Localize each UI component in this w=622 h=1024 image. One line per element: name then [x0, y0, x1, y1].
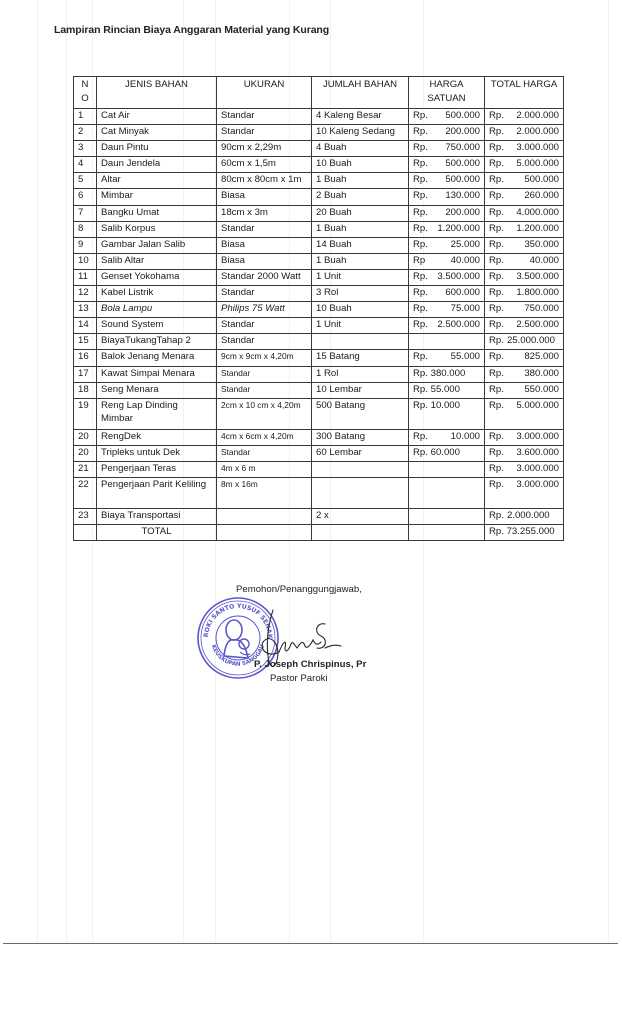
currency-label: Rp. [489, 125, 504, 139]
cell-jumlah-bahan: 4 Buah [312, 141, 409, 157]
cell-jumlah-bahan: 10 Lembar [312, 382, 409, 398]
cell-jumlah-bahan: 500 Batang [312, 398, 409, 429]
cell-no: 21 [74, 461, 97, 477]
cell-total-harga: Rp.40.000 [485, 253, 564, 269]
currency-label: Rp. [489, 509, 504, 523]
document-title: Lampiran Rincian Biaya Anggaran Material… [54, 24, 329, 36]
cell-harga-satuan: Rp40.000 [409, 253, 485, 269]
header-harga-satuan: HARGASATUAN [409, 77, 485, 109]
cell-jumlah-bahan: 1 Buah [312, 253, 409, 269]
cell-ukuran: Standar [217, 109, 312, 125]
cell-jenis-bahan: Tripleks untuk Dek [97, 445, 217, 461]
amount-value: 550.000 [504, 383, 559, 397]
cell-ukuran: 18cm x 3m [217, 205, 312, 221]
cell-total-harga: Rp.4.000.000 [485, 205, 564, 221]
grand-total: Rp. 73.255.000 [485, 525, 564, 541]
currency-label: Rp. [413, 286, 428, 300]
currency-label: Rp. [413, 302, 428, 316]
table-row: 15BiayaTukangTahap 2StandarRp.25.000.000 [74, 334, 564, 350]
header-no: NO [74, 77, 97, 109]
currency-label: Rp. [489, 367, 504, 381]
currency-label: Rp. [413, 125, 428, 139]
amount-value: 2.000.000 [504, 109, 559, 123]
currency-label: Rp. [413, 157, 428, 171]
amount-value: 55.000 [431, 384, 460, 395]
table-row: 12Kabel ListrikStandar3 RolRp.600.000Rp.… [74, 286, 564, 302]
amount-value: 750.000 [504, 302, 559, 316]
amount-value: 3.000.000 [504, 462, 559, 476]
currency-label: Rp. [413, 222, 428, 236]
cell-jenis-bahan: RengDek [97, 429, 217, 445]
cell-harga-satuan: Rp.3.500.000 [409, 269, 485, 285]
table-row: 13Bola LampuPhilips 75 Watt10 BuahRp.75.… [74, 302, 564, 318]
amount-value: 10.000 [431, 400, 460, 411]
amount-value: 1.200.000 [428, 222, 480, 236]
cell-no: 3 [74, 141, 97, 157]
cell-harga-satuan: Rp.10.000 [409, 429, 485, 445]
cell-harga-satuan [409, 477, 485, 508]
cell-no: 5 [74, 173, 97, 189]
cell-no: 2 [74, 125, 97, 141]
cell-jumlah-bahan: 10 Buah [312, 157, 409, 173]
cell-no: 7 [74, 205, 97, 221]
currency-label: Rp. [489, 270, 504, 284]
cell-total-harga: Rp.550.000 [485, 382, 564, 398]
amount-value: 2.500.000 [504, 318, 559, 332]
amount-value: 40.000 [504, 254, 559, 268]
cell-total-harga: Rp.1.200.000 [485, 221, 564, 237]
cell-no: 14 [74, 318, 97, 334]
page-bottom-edge [3, 943, 618, 944]
table-row: 9Gambar Jalan SalibBiasa14 BuahRp.25.000… [74, 237, 564, 253]
amount-value: 3.500.000 [504, 270, 559, 284]
amount-value: 4.000.000 [504, 206, 559, 220]
signer-name: P. Joseph Chrispinus, Pr [254, 659, 366, 670]
table-row: 6MimbarBiasa2 BuahRp.130.000Rp.260.000 [74, 189, 564, 205]
amount-value: 600.000 [428, 286, 480, 300]
total-row: TOTAL Rp. 73.255.000 [74, 525, 564, 541]
cell-jenis-bahan: Genset Yokohama [97, 269, 217, 285]
table-row: 14Sound SystemStandar1 UnitRp.2.500.000R… [74, 318, 564, 334]
table-row: 20RengDek4cm x 6cm x 4,20m300 BatangRp.1… [74, 429, 564, 445]
cell-ukuran: Standar [217, 286, 312, 302]
cell-ukuran: 80cm x 80cm x 1m [217, 173, 312, 189]
cell-harga-satuan: Rp.500.000 [409, 157, 485, 173]
table-row: 17Kawat Simpai MenaraStandar1 RolRp. 380… [74, 366, 564, 382]
amount-value: 380.000 [431, 368, 466, 379]
cell-total-harga: Rp.2.000.000 [485, 508, 564, 524]
currency-label: Rp. [413, 270, 428, 284]
budget-table: NO JENIS BAHAN UKURAN JUMLAH BAHAN HARGA… [73, 76, 564, 541]
currency-label: Rp. [489, 206, 504, 220]
cell-jumlah-bahan: 300 Batang [312, 429, 409, 445]
cell-jumlah-bahan: 2 x [312, 508, 409, 524]
currency-label: Rp. [489, 462, 504, 476]
amount-value: 3.600.000 [504, 446, 559, 460]
amount-value: 3.000.000 [504, 141, 559, 155]
table-row: 23Biaya Transportasi2 xRp.2.000.000 [74, 508, 564, 524]
cell-jenis-bahan: Salib Korpus [97, 221, 217, 237]
amount-value: 5.000.000 [504, 399, 559, 413]
currency-label: Rp. [413, 189, 428, 203]
amount-value: 3.000.000 [504, 478, 559, 492]
cell-total-harga: Rp.3.500.000 [485, 269, 564, 285]
table-row: 22Pengerjaan Parit Keliling8m x 16mRp.3.… [74, 477, 564, 508]
currency-label: Rp. [489, 222, 504, 236]
amount-value: 825.000 [504, 350, 559, 364]
cell-harga-satuan: Rp.1.200.000 [409, 221, 485, 237]
table-row: 19Reng Lap Dinding Mimbar2cm x 10 cm x 4… [74, 398, 564, 429]
cell-harga-satuan: Rp.500.000 [409, 109, 485, 125]
cell-jenis-bahan: Pengerjaan Parit Keliling [97, 477, 217, 508]
cell-total-harga: Rp.3.000.000 [485, 429, 564, 445]
table-row: 5Altar80cm x 80cm x 1m1 BuahRp.500.000Rp… [74, 173, 564, 189]
cell-total-harga: Rp.5.000.000 [485, 157, 564, 173]
table-row: 11Genset YokohamaStandar 2000 Watt1 Unit… [74, 269, 564, 285]
amount-value: 1.200.000 [504, 222, 559, 236]
currency-label: Rp. [489, 383, 504, 397]
amount-value: 1.800.000 [504, 286, 559, 300]
cell-jenis-bahan: Daun Pintu [97, 141, 217, 157]
amount-value: 5.000.000 [504, 157, 559, 171]
cell-jumlah-bahan: 1 Rol [312, 366, 409, 382]
cell-no: 18 [74, 382, 97, 398]
cell-jumlah-bahan [312, 334, 409, 350]
currency-label: Rp. [413, 384, 428, 395]
cell-jumlah-bahan: 3 Rol [312, 286, 409, 302]
amount-value: 350.000 [504, 238, 559, 252]
cell-harga-satuan [409, 334, 485, 350]
cell-jumlah-bahan: 60 Lembar [312, 445, 409, 461]
table-row: 2Cat MinyakStandar10 Kaleng SedangRp.200… [74, 125, 564, 141]
amount-value: 750.000 [428, 141, 480, 155]
currency-label: Rp. [489, 286, 504, 300]
amount-value: 380.000 [504, 367, 559, 381]
cell-no: 20 [74, 429, 97, 445]
cell-ukuran: 90cm x 2,29m [217, 141, 312, 157]
cell-no: 13 [74, 302, 97, 318]
cell-ukuran: 4m x 6 m [217, 461, 312, 477]
cell-ukuran: Biasa [217, 189, 312, 205]
cell-ukuran: Standar [217, 334, 312, 350]
cell-jenis-bahan: Kabel Listrik [97, 286, 217, 302]
currency-label: Rp. [413, 173, 428, 187]
cell-jumlah-bahan: 2 Buah [312, 189, 409, 205]
cell-no: 10 [74, 253, 97, 269]
cell-jenis-bahan: BiayaTukangTahap 2 [97, 334, 217, 350]
cell-no: 8 [74, 221, 97, 237]
amount-value: 200.000 [428, 206, 480, 220]
table-row: 16Balok Jenang Menara9cm x 9cm x 4,20m15… [74, 350, 564, 366]
amount-value: 10.000 [428, 430, 480, 444]
signer-role: Pastor Paroki [270, 673, 328, 684]
cell-no: 22 [74, 477, 97, 508]
currency-label: Rp. [489, 157, 504, 171]
table-row: 8Salib KorpusStandar1 BuahRp.1.200.000Rp… [74, 221, 564, 237]
table-header-row: NO JENIS BAHAN UKURAN JUMLAH BAHAN HARGA… [74, 77, 564, 109]
cell-ukuran: 4cm x 6cm x 4,20m [217, 429, 312, 445]
cell-ukuran [217, 508, 312, 524]
cell-jenis-bahan: Daun Jendela [97, 157, 217, 173]
cell-no: 6 [74, 189, 97, 205]
amount-value: 3.500.000 [428, 270, 480, 284]
header-ukuran: UKURAN [217, 77, 312, 109]
cell-jenis-bahan: Biaya Transportasi [97, 508, 217, 524]
amount-value: 2.000.000 [507, 509, 559, 523]
cell-no: 20 [74, 445, 97, 461]
currency-label: Rp. [413, 350, 428, 364]
currency-label: Rp. [489, 238, 504, 252]
cell-jenis-bahan: Pengerjaan Teras [97, 461, 217, 477]
cell-jumlah-bahan: 1 Unit [312, 318, 409, 334]
scan-artifact-line [608, 0, 609, 944]
cell-total-harga: Rp.500.000 [485, 173, 564, 189]
amount-value: 60.000 [431, 447, 460, 458]
cell-harga-satuan: Rp.25.000 [409, 237, 485, 253]
cell-ukuran: 8m x 16m [217, 477, 312, 508]
cell-harga-satuan: Rp. 55.000 [409, 382, 485, 398]
cell-ukuran: 60cm x 1,5m [217, 157, 312, 173]
table-row: 21Pengerjaan Teras4m x 6 mRp.3.000.000 [74, 461, 564, 477]
amount-value: 200.000 [428, 125, 480, 139]
cell-no: 11 [74, 269, 97, 285]
cell-no: 23 [74, 508, 97, 524]
cell-jenis-bahan: Seng Menara [97, 382, 217, 398]
total-empty-cell [217, 525, 312, 541]
currency-label: Rp. [489, 446, 504, 460]
cell-jenis-bahan: Gambar Jalan Salib [97, 237, 217, 253]
currency-label: Rp. [413, 109, 428, 123]
cell-jumlah-bahan: 1 Buah [312, 173, 409, 189]
table-row: 20Tripleks untuk DekStandar60 LembarRp. … [74, 445, 564, 461]
cell-total-harga: Rp.260.000 [485, 189, 564, 205]
cell-ukuran: Standar [217, 366, 312, 382]
cell-jenis-bahan: Cat Minyak [97, 125, 217, 141]
currency-label: Rp. [489, 254, 504, 268]
scan-artifact-line [66, 0, 67, 944]
total-spacer [74, 525, 97, 541]
cell-jumlah-bahan: 10 Kaleng Sedang [312, 125, 409, 141]
amount-value: 2.500.000 [428, 318, 480, 332]
cell-no: 16 [74, 350, 97, 366]
cell-harga-satuan: Rp.75.000 [409, 302, 485, 318]
cell-jenis-bahan: Reng Lap Dinding Mimbar [97, 398, 217, 429]
cell-harga-satuan: Rp.600.000 [409, 286, 485, 302]
cell-harga-satuan: Rp. 380.000 [409, 366, 485, 382]
currency-label: Rp. [489, 399, 504, 413]
cell-total-harga: Rp.350.000 [485, 237, 564, 253]
cell-no: 19 [74, 398, 97, 429]
header-total-harga: TOTAL HARGA [485, 77, 564, 109]
cell-ukuran: Standar [217, 221, 312, 237]
cell-total-harga: Rp.380.000 [485, 366, 564, 382]
cell-harga-satuan: Rp. 60.000 [409, 445, 485, 461]
total-empty-cell [409, 525, 485, 541]
amount-value: 75.000 [428, 302, 480, 316]
currency-label: Rp. [489, 478, 504, 492]
table-row: 10Salib AltarBiasa1 BuahRp40.000Rp.40.00… [74, 253, 564, 269]
cell-harga-satuan: Rp.55.000 [409, 350, 485, 366]
cell-harga-satuan: Rp.500.000 [409, 173, 485, 189]
cell-harga-satuan: Rp.200.000 [409, 125, 485, 141]
cell-jumlah-bahan [312, 461, 409, 477]
cell-ukuran: Biasa [217, 253, 312, 269]
cell-jenis-bahan: Balok Jenang Menara [97, 350, 217, 366]
cell-ukuran: Standar [217, 382, 312, 398]
amount-value: 500.000 [428, 173, 480, 187]
cell-harga-satuan: Rp.2.500.000 [409, 318, 485, 334]
cell-jumlah-bahan: 1 Unit [312, 269, 409, 285]
cell-ukuran: Biasa [217, 237, 312, 253]
amount-value: 260.000 [504, 189, 559, 203]
currency-label: Rp. [489, 302, 504, 316]
cell-total-harga: Rp.3.000.000 [485, 141, 564, 157]
currency-label: Rp. [489, 109, 504, 123]
cell-ukuran: Philips 75 Watt [217, 302, 312, 318]
amount-value: 3.000.000 [504, 430, 559, 444]
cell-total-harga: Rp.750.000 [485, 302, 564, 318]
cell-ukuran: 2cm x 10 cm x 4,20m [217, 398, 312, 429]
amount-value: 55.000 [428, 350, 480, 364]
table-row: 7Bangku Umat18cm x 3m20 BuahRp.200.000Rp… [74, 205, 564, 221]
currency-label: Rp. [489, 350, 504, 364]
cell-ukuran: Standar [217, 318, 312, 334]
cell-ukuran: Standar [217, 445, 312, 461]
amount-value: 500.000 [428, 157, 480, 171]
cell-jenis-bahan: Mimbar [97, 189, 217, 205]
total-empty-cell [312, 525, 409, 541]
header-jenis-bahan: JENIS BAHAN [97, 77, 217, 109]
cell-jenis-bahan: Cat Air [97, 109, 217, 125]
cell-jumlah-bahan: 4 Kaleng Besar [312, 109, 409, 125]
header-jumlah-bahan: JUMLAH BAHAN [312, 77, 409, 109]
currency-label: Rp [413, 254, 425, 268]
currency-label: Rp. [489, 173, 504, 187]
cell-total-harga: Rp.3.000.000 [485, 477, 564, 508]
currency-label: Rp. [489, 189, 504, 203]
cell-jenis-bahan: Kawat Simpai Menara [97, 366, 217, 382]
cell-total-harga: Rp.25.000.000 [485, 334, 564, 350]
amount-value: 500.000 [504, 173, 559, 187]
cell-ukuran: Standar [217, 125, 312, 141]
cell-jumlah-bahan [312, 477, 409, 508]
cell-total-harga: Rp.825.000 [485, 350, 564, 366]
currency-label: Rp. [413, 206, 428, 220]
amount-value: 25.000 [428, 238, 480, 252]
cell-total-harga: Rp.3.000.000 [485, 461, 564, 477]
cell-ukuran: Standar 2000 Watt [217, 269, 312, 285]
applicant-label: Pemohon/Penanggungjawab, [236, 584, 362, 595]
cell-harga-satuan: Rp.130.000 [409, 189, 485, 205]
currency-label: Rp. [413, 238, 428, 252]
cell-total-harga: Rp.2.500.000 [485, 318, 564, 334]
cell-harga-satuan [409, 508, 485, 524]
cell-harga-satuan [409, 461, 485, 477]
cell-total-harga: Rp.3.600.000 [485, 445, 564, 461]
currency-label: Rp. [413, 318, 428, 332]
cell-harga-satuan: Rp.750.000 [409, 141, 485, 157]
amount-value: 500.000 [428, 109, 480, 123]
cell-total-harga: Rp.5.000.000 [485, 398, 564, 429]
table-row: 3Daun Pintu90cm x 2,29m4 BuahRp.750.000R… [74, 141, 564, 157]
currency-label: Rp. [489, 334, 504, 348]
cell-no: 12 [74, 286, 97, 302]
cell-jenis-bahan: Bola Lampu [97, 302, 217, 318]
currency-label: Rp. [489, 430, 504, 444]
cell-jumlah-bahan: 14 Buah [312, 237, 409, 253]
cell-harga-satuan: Rp.200.000 [409, 205, 485, 221]
currency-label: Rp. [413, 141, 428, 155]
cell-total-harga: Rp.1.800.000 [485, 286, 564, 302]
cell-jumlah-bahan: 10 Buah [312, 302, 409, 318]
cell-jumlah-bahan: 1 Buah [312, 221, 409, 237]
cell-total-harga: Rp.2.000.000 [485, 125, 564, 141]
cell-jenis-bahan: Sound System [97, 318, 217, 334]
cell-jumlah-bahan: 15 Batang [312, 350, 409, 366]
cell-no: 1 [74, 109, 97, 125]
total-label: TOTAL [97, 525, 217, 541]
cell-no: 17 [74, 366, 97, 382]
amount-value: 130.000 [428, 189, 480, 203]
currency-label: Rp. [413, 368, 428, 379]
table-row: 4Daun Jendela60cm x 1,5m10 BuahRp.500.00… [74, 157, 564, 173]
currency-label: Rp. [413, 400, 428, 411]
cell-jumlah-bahan: 20 Buah [312, 205, 409, 221]
cell-no: 15 [74, 334, 97, 350]
cell-harga-satuan: Rp. 10.000 [409, 398, 485, 429]
cell-ukuran: 9cm x 9cm x 4,20m [217, 350, 312, 366]
cell-jenis-bahan: Salib Altar [97, 253, 217, 269]
amount-value: 40.000 [425, 254, 480, 268]
table-row: 1Cat AirStandar4 Kaleng BesarRp.500.000R… [74, 109, 564, 125]
cell-total-harga: Rp.2.000.000 [485, 109, 564, 125]
cell-no: 9 [74, 237, 97, 253]
currency-label: Rp. [489, 141, 504, 155]
currency-label: Rp. [413, 447, 428, 458]
cell-jenis-bahan: Bangku Umat [97, 205, 217, 221]
scan-artifact-line [37, 0, 38, 944]
currency-label: Rp. [489, 318, 504, 332]
table-row: 18Seng MenaraStandar10 LembarRp. 55.000R… [74, 382, 564, 398]
cell-no: 4 [74, 157, 97, 173]
cell-jenis-bahan: Altar [97, 173, 217, 189]
amount-value: 25.000.000 [507, 334, 559, 348]
currency-label: Rp. [413, 430, 428, 444]
amount-value: 2.000.000 [504, 125, 559, 139]
